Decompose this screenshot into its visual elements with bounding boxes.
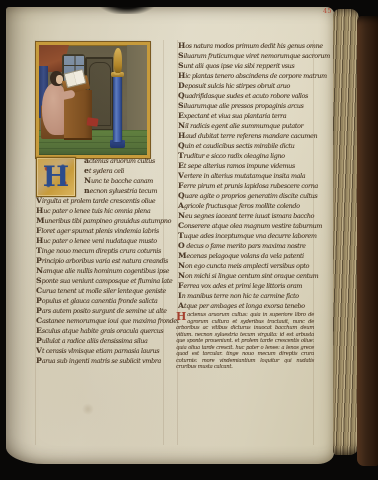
commentary-block: Hactenus aruorum cultus: quia in superio… (176, 312, 314, 371)
commentary-initial: H (176, 312, 187, 322)
verse-line: Pullulat a radice aliis densissima silua (36, 336, 179, 346)
verse-line: Vertere in alterius mutatamque insita ma… (178, 171, 330, 181)
initial-letter: H (43, 163, 69, 191)
verse-line: Huc pater o lenee veni nudataque musto (36, 236, 179, 246)
red-book (86, 117, 98, 126)
verse-line: Tinge nouo mecum direptis crura coturnis (36, 246, 179, 256)
verse-line: actenus aruorum cultus (84, 156, 157, 166)
door-panel (89, 62, 111, 126)
verse-line: Haud dubitat terre referens mandare cacu… (178, 131, 330, 141)
manuscript-photo: 45 H actenus (0, 0, 378, 480)
verse-line: Huc pater o lenee tuis hic omnia plena (36, 206, 179, 216)
top-shadow (98, 0, 156, 14)
verse-line: Non ego cuncta meis amplecti versibus op… (178, 261, 330, 271)
verse-line: Pars autem posito surgunt de semine ut a… (36, 306, 179, 316)
verse-line: Ferrea vox ades et primi lege littoris o… (178, 281, 330, 291)
verse-line: necnon syluestria tecum (84, 186, 157, 196)
verse-line: Vt cerasis vlmisque etiam parnasia lauru… (36, 346, 179, 356)
verse-line: Namque alie nullis hominum cogentibus ip… (36, 266, 179, 276)
illuminated-initial: H (36, 157, 76, 197)
verse-line: Siluarumque alie pressos propaginis arcu… (178, 101, 330, 111)
verse-line: Atque per ambages et longa exorsa tenebo (178, 301, 330, 311)
verse-line: Virgulta et prolem tarde crescentis oliu… (36, 196, 179, 206)
verse-line: In manibus terre non hic te carmine fict… (178, 291, 330, 301)
verse-line: Parua sub ingenti matris se subiicit vmb… (36, 356, 179, 366)
verse-line: Muneribus tibi pampineo grauidus autumpn… (36, 216, 179, 226)
verse-line: Sponte sua veniunt camposque et flumina … (36, 276, 179, 286)
wall (127, 45, 147, 137)
verse-line: Truditur e sicco radix oleagina ligno (178, 151, 330, 161)
verse-line: Quin et caudicibus sectis mirabile dictu (178, 141, 330, 151)
verse-line: Mecenas pelagoque volans da vela patenti (178, 251, 330, 261)
commentary-text: actenus aruorum cultus: quia in superior… (176, 312, 314, 370)
left-column-verses: Virgulta et prolem tarde crescentis oliu… (36, 196, 179, 366)
verse-line: Principio arboribus varia est natura cre… (36, 256, 179, 266)
verse-line: Populus et glauca canentia fronde salict… (36, 296, 179, 306)
verse-line: Neu segnes iaceant terre iuuat ismara ba… (178, 211, 330, 221)
verse-line: Siluarum fruticumque viret nemorumque sa… (178, 51, 330, 61)
book-cover (357, 16, 378, 466)
verse-line: Nunc te bacche canam (84, 176, 157, 186)
verse-line: Curua tenent ut molle siler lenteque gen… (36, 286, 179, 296)
miniature-author-portrait (36, 42, 150, 158)
verse-line: Floret ager spumat plenis vindemia labri… (36, 226, 179, 236)
verse-line: Quadrifidasque sudes et acuto robore val… (178, 91, 330, 101)
folio-number: 45 (323, 7, 332, 15)
verse-line: Hic plantas tenero abscindens de corpore… (178, 71, 330, 81)
verse-line: Castanee nemorumque ioui que maxima fron… (36, 316, 179, 326)
verse-line: Esculus atque habite grais oracula querc… (36, 326, 179, 336)
column (113, 76, 122, 142)
right-column-verses: Hos natura modos primum dedit his genus … (178, 41, 330, 311)
verse-line: O decus o fame merito pars maxima nostre (178, 241, 330, 251)
verse-line: Conserere atque olea magnum vestire tabu… (178, 221, 330, 231)
verse-line: Tuque ades inceptumque vna decurre labor… (178, 231, 330, 241)
fore-edge-pages (333, 9, 359, 455)
verse-line: et sydera celi (84, 166, 157, 176)
verse-line: Hos natura modos primum dedit his genus … (178, 41, 330, 51)
verse-line: Quare agite o proprios generatim discite… (178, 191, 330, 201)
gold-statue (114, 48, 122, 73)
verse-line: Agricole fructusque feros mollite colend… (178, 201, 330, 211)
left-column-indent-verses: actenus aruorum cultuset sydera celiNunc… (84, 156, 157, 196)
verse-line: Non michi si lingue centum sint oraque c… (178, 271, 330, 281)
verse-line: Et sepe alterius ramos impune videmus (178, 161, 330, 171)
manuscript-page: 45 H actenus (6, 7, 334, 464)
verse-line: Deposuit sulcis hic stirpes obruit aruo (178, 81, 330, 91)
verse-line: Sunt alii quos ipse via sibi repperit vs… (178, 61, 330, 71)
verse-line: Ferre pirum et prunis lapidosa rubescere… (178, 181, 330, 191)
verse-line: Expectant et viua sua plantaria terra (178, 111, 330, 121)
verse-line: Nil radicis egent alie summumque putator (178, 121, 330, 131)
